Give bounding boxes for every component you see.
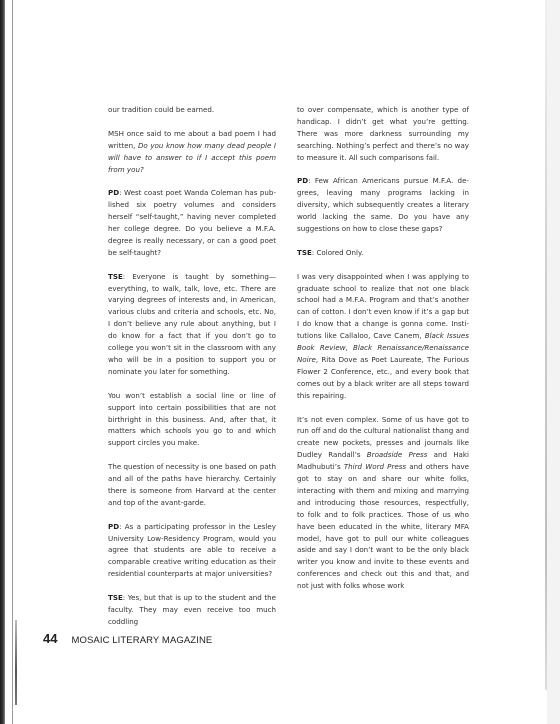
paragraph: I was very disappointed when I was apply… [297, 271, 469, 402]
paragraph-text: : Few African Americans pursue M.F.A. de… [297, 176, 469, 233]
paragraph-text: to over compensate, which is another typ… [297, 105, 469, 162]
speaker-label: TSE [297, 248, 312, 257]
paragraph-text: The question of necessity is one based o… [108, 462, 276, 507]
question-paragraph: PD: Few African Americans pursue M.F.A. … [297, 175, 469, 235]
page-footer: 44 MOSAIC LITERARY MAGAZINE [43, 631, 212, 646]
speaker-label: PD [108, 188, 119, 197]
speaker-label: TSE [108, 593, 123, 602]
italic-title: Third Word Press [344, 462, 406, 471]
paragraph-text: our tradition could be earned. [108, 105, 214, 114]
answer-paragraph: TSE: Yes, but that is up to the student … [108, 592, 276, 628]
question-paragraph: PD: West coast poet Wanda Coleman has pu… [108, 187, 276, 258]
left-column: our tradition could be earned. MSH once … [108, 104, 276, 640]
paragraph-text: and others have got to stay on and share… [297, 462, 469, 590]
scan-binding-edge [0, 0, 5, 724]
paragraph: The question of necessity is one based o… [108, 461, 276, 509]
paragraph-text: : Everyone is taught by something—everyt… [108, 272, 276, 376]
paragraph-text: I was very disappointed when I was apply… [297, 272, 469, 341]
scan-right-margin [547, 0, 560, 724]
answer-paragraph: TSE: Everyone is taught by something—eve… [108, 271, 276, 378]
paragraph-text: : West coast poet Wanda Coleman has pub­… [108, 188, 276, 257]
paragraph: MSH once said to me about a bad poem I h… [108, 128, 276, 176]
paragraph-text: : As a participating professor in the Le… [108, 522, 276, 579]
answer-paragraph: TSE: Colored Only. [297, 247, 469, 259]
publication-name: MOSAIC LITERARY MAGAZINE [71, 635, 212, 646]
paragraph: to over compensate, which is another typ… [297, 104, 469, 164]
page-number: 44 [43, 631, 57, 646]
question-paragraph: PD: As a participating professor in the … [108, 521, 276, 581]
speaker-label: PD [108, 522, 119, 531]
scan-page-edge-line [12, 0, 13, 724]
scan-binding-mark [15, 620, 17, 705]
right-column: to over compensate, which is another typ… [297, 104, 469, 604]
paragraph-text: , Rita Dove as Poet Laureate, The Furiou… [297, 355, 469, 400]
speaker-label: TSE [108, 272, 123, 281]
paragraph-text: You won’t establish a social line or lin… [108, 391, 276, 448]
paragraph: our tradition could be earned. [108, 104, 276, 116]
paragraph: You won’t establish a social line or lin… [108, 390, 276, 450]
paragraph-text: : Colored Only. [312, 248, 364, 257]
paragraph-text: , [346, 343, 353, 352]
paragraph: It’s not even complex. Some of us have g… [297, 414, 469, 593]
speaker-label: PD [297, 176, 308, 185]
paragraph-text: : Yes, but that is up to the student and… [108, 593, 276, 626]
italic-title: Broadside Press [367, 450, 428, 459]
